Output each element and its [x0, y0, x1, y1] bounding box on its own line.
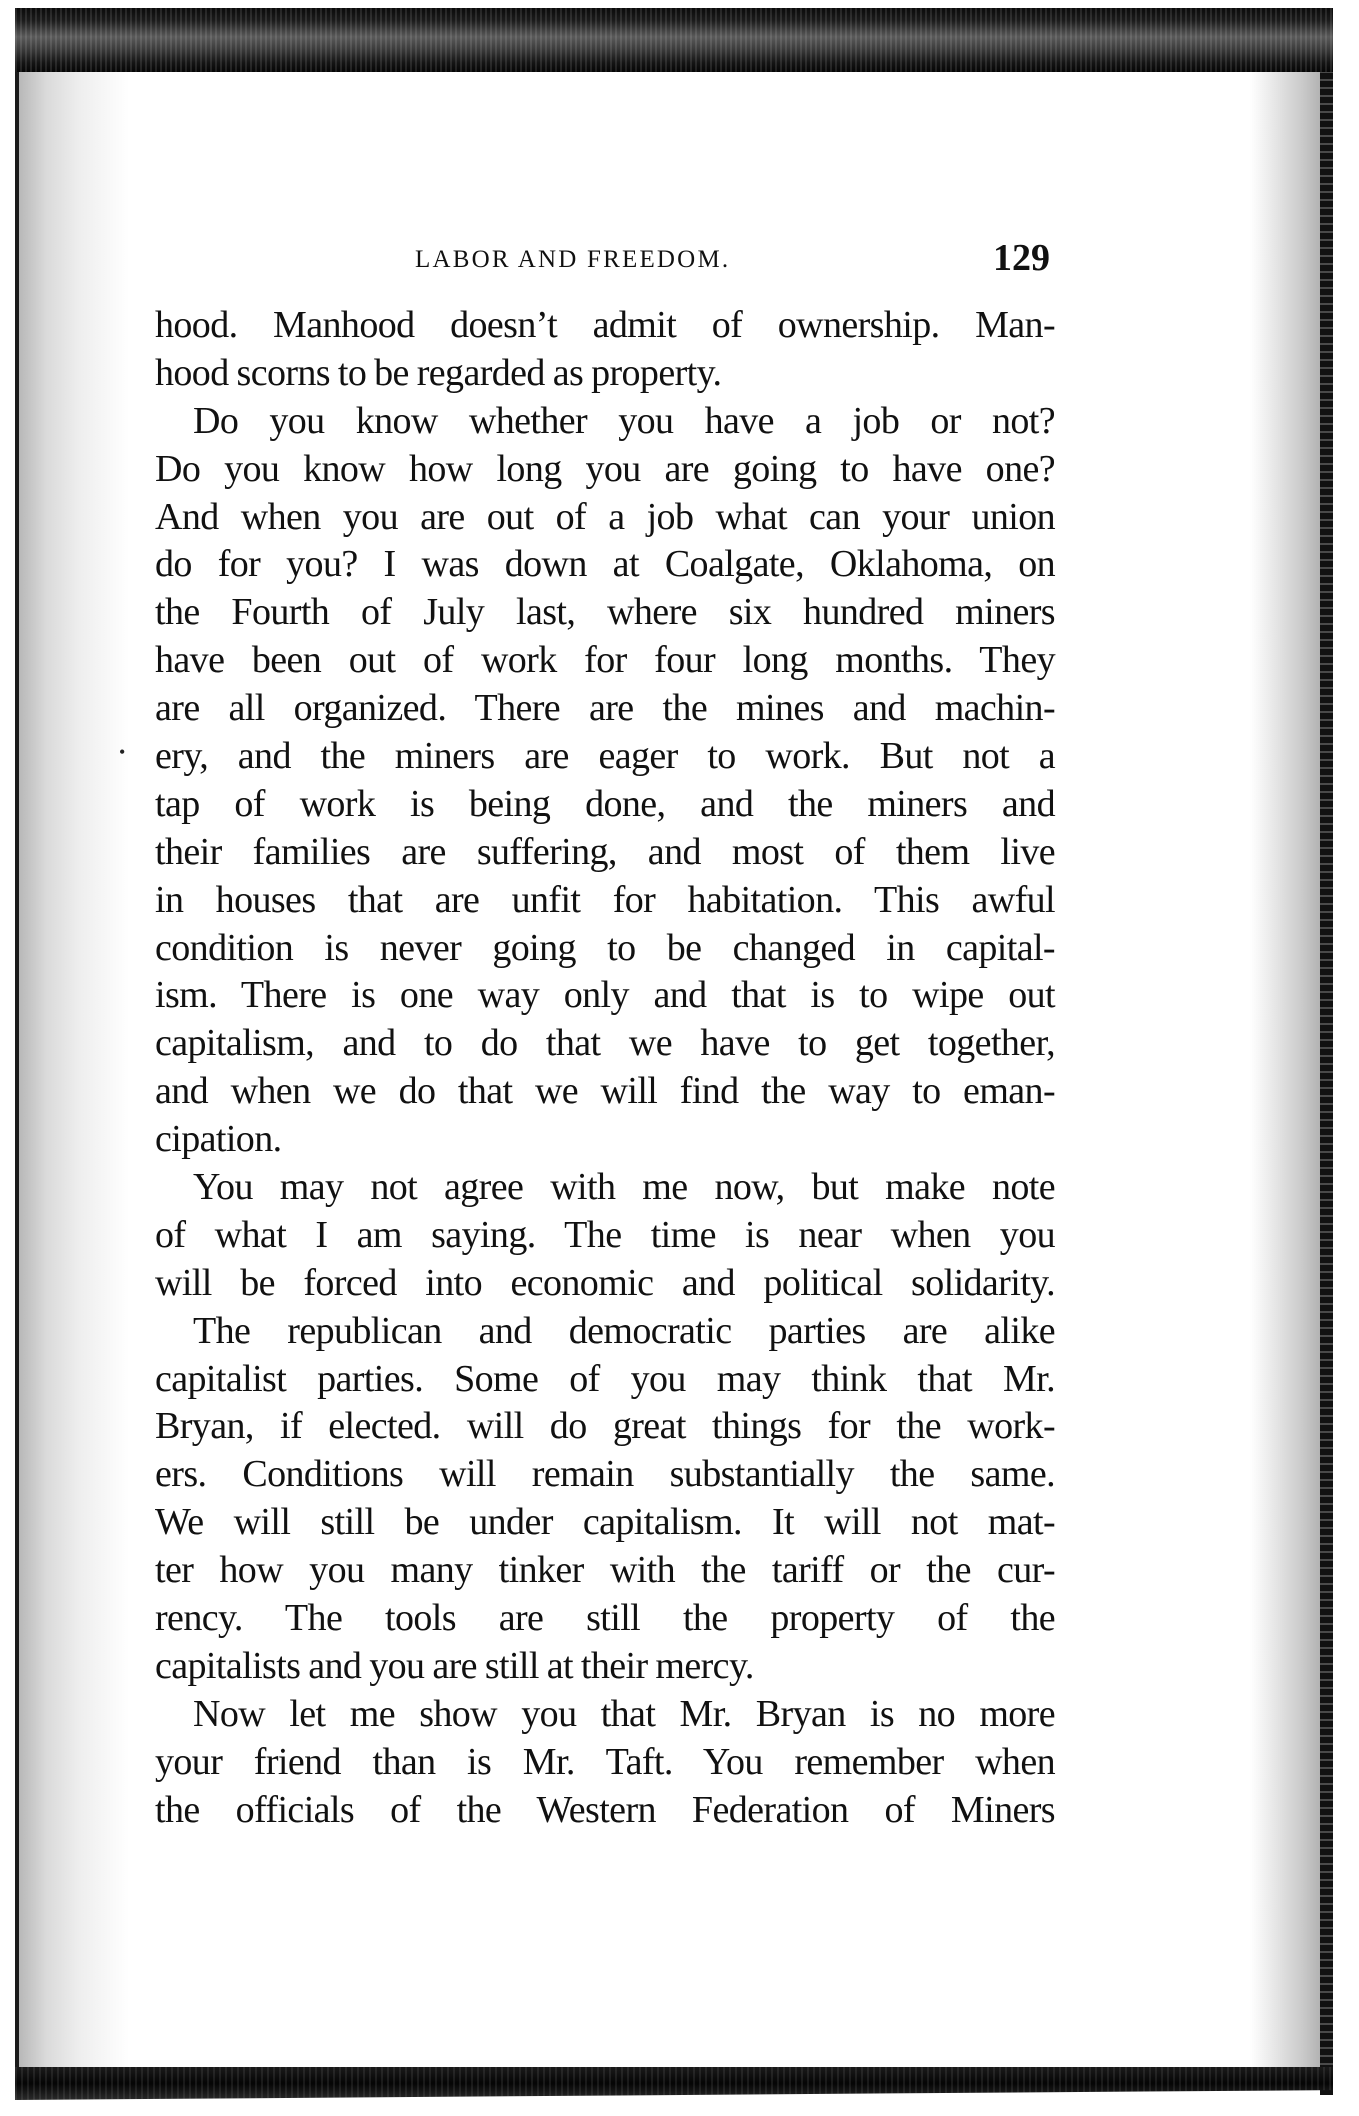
page-edge-shadow-left — [19, 72, 129, 2067]
text-line: The republican and democratic parties ar… — [155, 1308, 1055, 1356]
text-line: capitalist parties. Some of you may thin… — [155, 1356, 1055, 1404]
text-line: and when we do that we will find the way… — [155, 1068, 1055, 1116]
page-gutter-shadow-right — [1250, 72, 1322, 2067]
margin-mark: • — [119, 742, 125, 763]
running-title: LABOR AND FREEDOM. — [415, 246, 730, 274]
text-line: hood scorns to be regarded as property. — [155, 350, 1055, 398]
text-line: are all organized. There are the mines a… — [155, 685, 1055, 733]
text-line: Do you know how long you are going to ha… — [155, 446, 1055, 494]
text-line: condition is never going to be changed i… — [155, 925, 1055, 973]
text-line: their families are suffering, and most o… — [155, 829, 1055, 877]
text-line: of what I am saying. The time is near wh… — [155, 1212, 1055, 1260]
page-edge-left — [15, 72, 19, 2067]
text-line: cipation. — [155, 1116, 1055, 1164]
text-line: You may not agree with me now, but make … — [155, 1164, 1055, 1212]
text-line: tap of work is being done, and the miner… — [155, 781, 1055, 829]
text-line: ism. There is one way only and that is t… — [155, 972, 1055, 1020]
text-line: your friend than is Mr. Taft. You rememb… — [155, 1739, 1055, 1787]
text-line: We will still be under capitalism. It wi… — [155, 1499, 1055, 1547]
running-head: LABOR AND FREEDOM. 129 — [155, 240, 1055, 276]
text-line: Now let me show you that Mr. Bryan is no… — [155, 1691, 1055, 1739]
text-line: ter how you many tinker with the tariff … — [155, 1547, 1055, 1595]
text-line: ers. Conditions will remain substantiall… — [155, 1451, 1055, 1499]
book-spine — [1320, 60, 1333, 2095]
text-line: Do you know whether you have a job or no… — [155, 398, 1055, 446]
body-text: hood. Manhood doesn’t admit of ownership… — [155, 302, 1055, 1835]
text-line: capitalism, and to do that we have to ge… — [155, 1020, 1055, 1068]
scan-border-top — [15, 8, 1333, 72]
text-line: will be forced into economic and politic… — [155, 1260, 1055, 1308]
text-line: in houses that are unfit for habitation.… — [155, 877, 1055, 925]
text-line: the Fourth of July last, where six hundr… — [155, 589, 1055, 637]
text-line: the officials of the Western Federation … — [155, 1787, 1055, 1835]
text-line: rency. The tools are still the property … — [155, 1595, 1055, 1643]
text-line: And when you are out of a job what can y… — [155, 494, 1055, 542]
text-line: hood. Manhood doesn’t admit of ownership… — [155, 302, 1055, 350]
text-line: do for you? I was down at Coalgate, Okla… — [155, 541, 1055, 589]
text-line: Bryan, if elected. will do great things … — [155, 1403, 1055, 1451]
page-number: 129 — [993, 236, 1050, 280]
text-line: ery, and the miners are eager to work. B… — [155, 733, 1055, 781]
text-line: have been out of work for four long mont… — [155, 637, 1055, 685]
text-line: capitalists and you are still at their m… — [155, 1643, 1055, 1691]
